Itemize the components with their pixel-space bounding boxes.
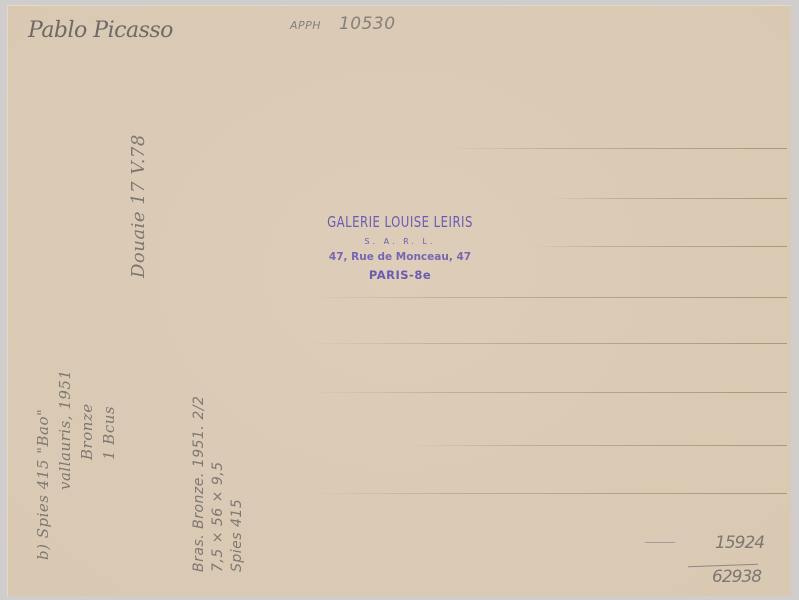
desc-line: vallauris, 1951: [54, 370, 76, 491]
ruled-line: [527, 246, 787, 247]
desc-line: Spies 415: [228, 396, 247, 572]
ruled-line: [407, 445, 787, 446]
pencil-dash: [645, 542, 675, 543]
ruled-line: [447, 148, 787, 149]
ruled-line: [307, 343, 787, 344]
gallery-city: PARIS-8e: [300, 268, 500, 282]
date-note: Douaie 17 V.78: [128, 134, 149, 278]
ruled-line: [307, 392, 787, 393]
desc-line: b) Spies 415 "Bao": [32, 370, 54, 561]
desc-line: 7,5 × 56 × 9,5: [209, 396, 228, 572]
artwork-description-middle: Bras. Bronze. 1951. 2/2 7,5 × 56 × 9,5 S…: [190, 396, 247, 572]
inventory-number: APPH 10530: [290, 14, 396, 34]
desc-line: Bronze: [76, 370, 98, 461]
artist-signature: Pablo Picasso: [28, 18, 173, 43]
ruled-line: [547, 198, 787, 199]
catalog-number-bottom: 62938: [712, 567, 761, 587]
desc-line: Bras. Bronze. 1951. 2/2: [190, 396, 209, 572]
artwork-description-left: b) Spies 415 "Bao" vallauris, 1951 Bronz…: [32, 370, 120, 561]
desc-line: 1 Bcus: [98, 370, 120, 461]
inventory-prefix: APPH: [290, 19, 321, 32]
gallery-address: 47, Rue de Monceau, 47: [300, 251, 500, 263]
gallery-stamp: GALERIE LOUISE LEIRIS S. A. R. L. 47, Ru…: [300, 213, 500, 282]
catalog-number-top: 15924: [715, 533, 764, 553]
inventory-value: 10530: [339, 14, 396, 34]
gallery-legal: S. A. R. L.: [300, 237, 500, 246]
gallery-name: GALERIE LOUISE LEIRIS: [322, 213, 478, 231]
photo-verso-paper: [7, 5, 791, 596]
ruled-line: [307, 297, 787, 298]
ruled-line: [307, 493, 787, 494]
